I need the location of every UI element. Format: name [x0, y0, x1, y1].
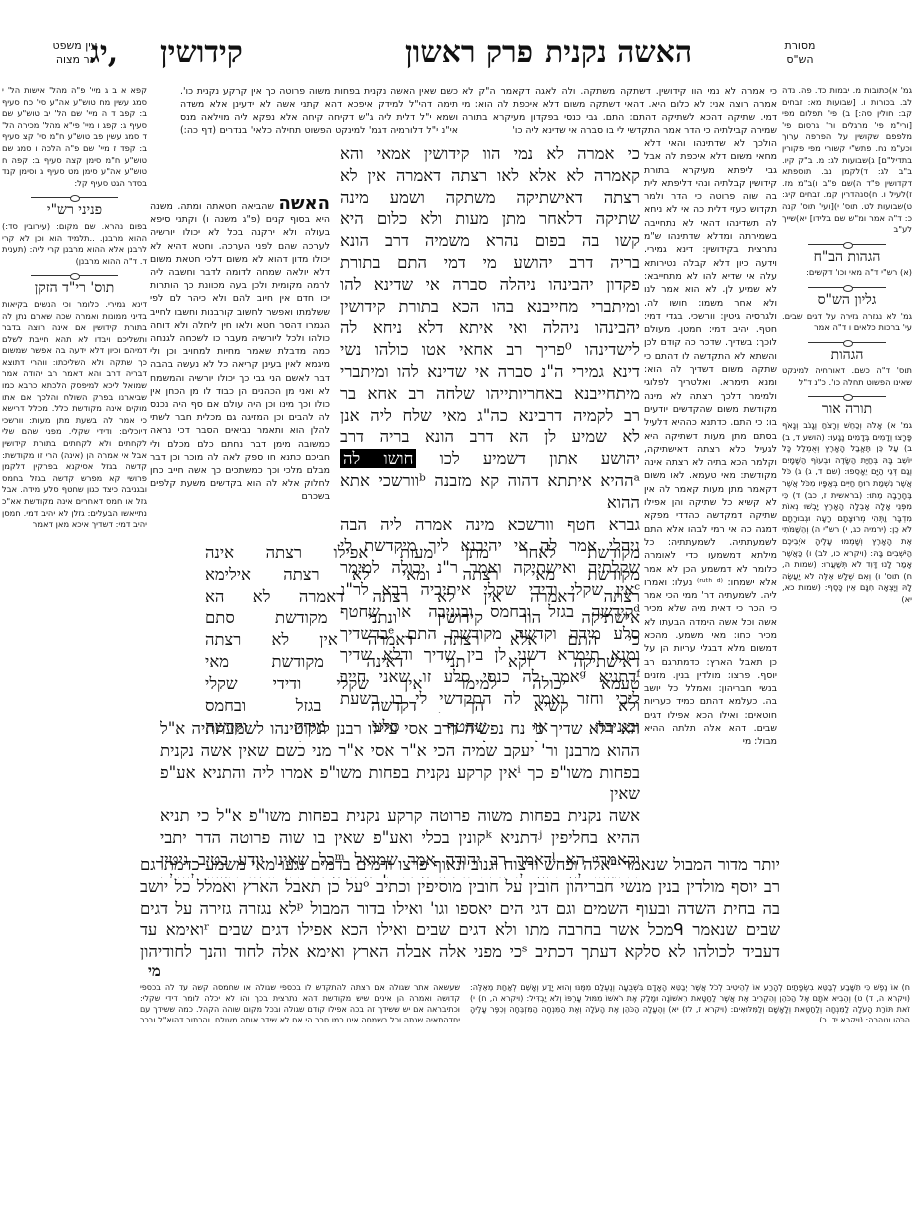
footer-tosafot-rid-continuation: שעשאה אתר שגולה אם רצתה להתקדש לו בכספי … [140, 982, 460, 1022]
ein-mishpat-text: קפא א ב ג מיי' פ"ה מהל' אישות הל' י סמג … [2, 85, 147, 189]
folio-number: יג, [90, 35, 118, 71]
gemara-line: יהבינהו ניהלה ואי איתא דלא ניחא לה [340, 317, 640, 339]
chapter-number: פרק ראשון [405, 35, 533, 71]
ornament-divider [31, 197, 118, 199]
gemara-line: דעביד לכולהו לא סלקא דעתך דכתיב ˢכי מפני… [140, 941, 780, 963]
rashi-top: כי אמרה לא נמי הוו קידושין. דשתקה משתקה.… [462, 85, 777, 137]
ornament-divider [31, 275, 118, 277]
gemara-line: ומיתברי מחייבנא בהו הכא בתורת קידושין [340, 296, 640, 318]
gemara-line: דינא גמירי ה"נ סברה אי שדינא להו ומיתברי [340, 361, 640, 383]
catchword: מי [148, 962, 161, 981]
tosafot-rid-text: דינא גמירי. כלומר וכי הנשים בקיאות בדיני… [2, 299, 147, 531]
chapter-name: האשה נקנית [545, 35, 692, 71]
left-margin-column: קפא א ב ג מיי' פ"ה מהל' אישות הל' י סמג … [2, 85, 147, 985]
gemara-line: בפחות משו"פ כך ⁱאין קרקע נקנית בפחות משו… [160, 762, 640, 806]
gemara-line: פקדון יהבינהו ניהלה סברה אי שדינא להו [340, 274, 640, 296]
gemara-line: שתיקה דלאחר מתן מעות ולא כלום היא [340, 208, 640, 230]
gemara-line: לא שמיע לן הא דרב הונא בריה דרב [340, 426, 640, 448]
page-header: עין משפט נר מצוה יג, קידושין פרק ראשון ה… [0, 35, 914, 75]
gemara-line: רצתה דאמרה אין לא רצתה דאמרה לא הא [205, 586, 640, 608]
torah-or-title: תורה אור [782, 404, 912, 416]
gemara-text-full: יותר מדור המבול שנאמר ⁿאלה וכחש ורצוח וג… [140, 854, 780, 969]
gemara-line: שבים שנאמר ᑫמכל אשר בחרבה מתו ולא דגים ש… [140, 919, 780, 941]
gemara-line: הא דלא שדיך כי נח נפשיה דרב אסי עיילו רב… [160, 718, 640, 740]
masoret-hashas-heading: מסורת הש"ס [770, 39, 830, 67]
gemara-line: ההוא מרבנן ור' יעקב שמיה הכי א"ר אסי א"ר… [160, 740, 640, 762]
ornament-divider [808, 244, 886, 246]
gemara-line: מקודשת לאחר מתן מעות אפילו רצתה אינה [205, 542, 640, 564]
gemara-line: כי אמרה לא נמי הוו קידושין אמאי והא [340, 143, 640, 165]
gemara-line-text: יהושע אתון דשמיע לכו [440, 449, 640, 468]
gemara-line: מיתחייבנא באחריותייהו שלחה רב אחא בר [340, 383, 640, 405]
tosafot-rid-title: תוס' רי"ד הזקן [2, 283, 147, 295]
gemara-line: ההיא בחליפין ʲדתניא ᵏקונין בכלי ואע"פ שא… [160, 827, 640, 849]
gemara-line: בריה דרב יהושע מי דמי התם בתורת [340, 252, 640, 274]
gilyon-hashas-title: גליון הש"ס [782, 295, 912, 307]
tosafot-top-text: כשם שאין האשה נקנית בפחות משוה פרוטה כך … [180, 86, 458, 137]
gemara-line: גברא חטף וורשכא מינה אמרה ליה הבה [340, 514, 640, 536]
gemara-line: רב לקמיה דרבינא כה"ג מאי שלח ליה אנן [340, 405, 640, 427]
gemara-line: יותר מדור המבול שנאמר ⁿאלה וכחש ורצוח וג… [140, 854, 780, 876]
hagahot-habach-title: הגהות הב"ח [782, 252, 912, 264]
rashi-top-text: כי אמרה לא נמי הוו קידושין. דשתקה משתקה.… [462, 86, 777, 136]
ornament-divider [808, 396, 886, 398]
gemara-line: אשה נקנית בפחות משוה פרוטה קרקע נקנית בפ… [160, 805, 640, 827]
gemara-line: דאישתיקה וקא תני דאינה מקודשת מאי [205, 651, 640, 673]
highlighted-phrase: חושו לה [340, 449, 416, 468]
gemara-line: רב יוסף מולדין בנין מנשי חבריהון חובין ע… [140, 876, 780, 898]
gemara-line: קשו בה בפום נהרא משמיה דרב הונא [340, 230, 640, 252]
pninei-rashi-text: בפום נהרא. שם מקום: (עירובין סד:) ההוא מ… [2, 221, 147, 267]
gemara-line: אישתיקה הוו קידושין ונתני מקודשת סתם [205, 607, 640, 629]
rashi-text: הולכך לא שדתינהו והאי דלא מחאי משום דלא … [644, 138, 777, 747]
gemara-line: יהושע אתון דשמיע לכו חושו לה [340, 448, 640, 470]
gemara-line: מקודשת מאי רצתה ומאי לא רצתה אילימא [205, 564, 640, 586]
gemara-line: ᵃההיא איתתא דהוה קא מזבנה ᵇוורשכי אתא הה… [340, 470, 640, 514]
gilyon-hashas-text: גמ' לא נגזרה גזירה על דגים שבים. עי' ברכ… [782, 311, 912, 334]
gemara-line: טעמא יכולה למימר אין שקלי ודידי שקלי [205, 673, 640, 695]
hagahot-title: הגהות [782, 350, 912, 362]
gemara-line: ולא קשיא הך דקדשה בגזל ובחמס [205, 695, 640, 717]
rashi-column: הולכך לא שדתינהו והאי דלא מחאי משום דלא … [644, 137, 777, 855]
ornament-divider [808, 287, 886, 289]
gemara-line: בה בחית השדה ובעוף השמים וגם דגי הים יאס… [140, 898, 780, 920]
ornament-divider [808, 342, 886, 344]
gemara-line: קאמרה לא אלא לאו רצתה דאמרה אין לא [340, 165, 640, 187]
gemara-line: כי התם אלא רצתה דאמרה אין לא רצתה [205, 629, 640, 651]
tosafot-top: כשם שאין האשה נקנית בפחות משוה פרוטה כך … [180, 85, 458, 137]
tosafot-dibbur-hamatchil: האשה [279, 193, 331, 214]
tosafot-text: שהביאה חטאתה ומתה. משנה היא בסוף קנים (פ… [150, 201, 330, 502]
footer-verses: ח) אוֹ נֶפֶשׁ כִּי תִשָּׁבַע לְבַטֵּא בִ… [470, 982, 910, 1022]
hagahot-text: תוס' ד"ה כשם. דאורחיה למינקט שאינו הפשוט… [782, 365, 912, 388]
gemara-line: לישדינהו ⁰פריך רב אחאי אטו כולהו נשי [340, 339, 640, 361]
footer-text: שעשאה אתר שגולה אם רצתה להתקדש לו בכספי … [140, 983, 460, 1022]
gemara-line: רצתה דאישתיקה משתקה ושמע מינה [340, 187, 640, 209]
tractate-name: קידושין [160, 35, 243, 71]
footer-verses-text: ח) אוֹ נֶפֶשׁ כִּי תִשָּׁבַע לְבַטֵּא בִ… [470, 983, 910, 1022]
gemara-text-mid: מקודשת לאחר מתן מעות אפילו רצתה אינה מקו… [205, 542, 640, 742]
right-margin-column: גמ' א)כתובות מ. יבמות כד. פה. נדה לב. בכ… [782, 85, 912, 1085]
hagahot-habach-text: (א) רש"י ד"ה מאי וכו' דקשים: [782, 267, 912, 279]
pninei-rashi-title: פניני רש"י [2, 205, 147, 217]
torah-or-text: גמ' א) אָלֹה וְכַחֵשׁ וְרָצֹחַ וְגָנֹב ו… [782, 420, 912, 606]
masoret-hashas-text: גמ' א)כתובות מ. יבמות כד. פה. נדה לב. בכ… [782, 85, 912, 236]
